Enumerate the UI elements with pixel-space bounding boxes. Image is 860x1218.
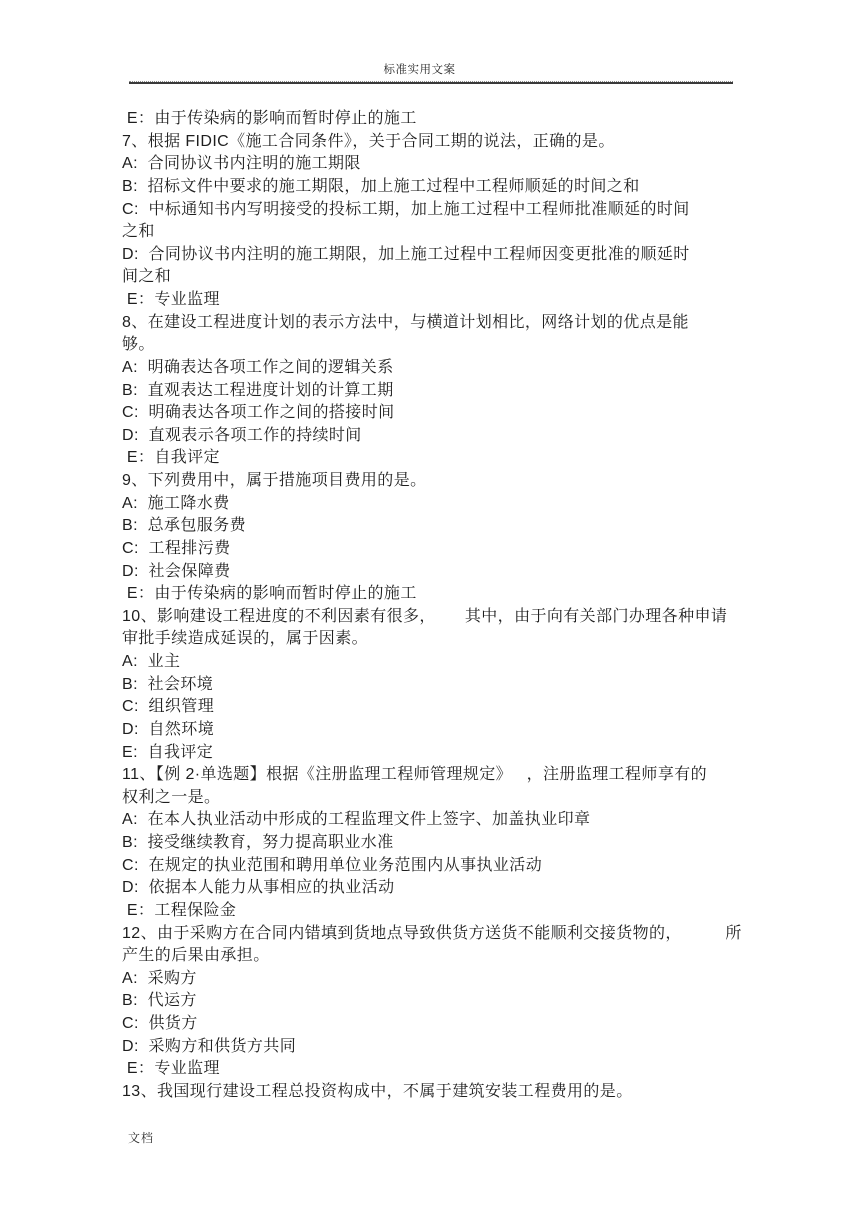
q11-option-b: B: 接受继续教育，努力提高职业水准 (122, 832, 744, 855)
q7-option-e: E：专业监理 (122, 289, 744, 312)
q11-stem: 11、【例 2·单选题】根据《注册监理工程师管理规定》 ，注册监理工程师享有的 (122, 764, 744, 787)
q10-stem: 10、影响建设工程进度的不利因素有很多， 其中，由于向有关部门办理各种申请 (122, 606, 744, 629)
q10-option-d: D: 自然环境 (122, 719, 744, 742)
q8-option-a: A: 明确表达各项工作之间的逻辑关系 (122, 357, 744, 380)
q11-stem-cont: 权利之一是。 (122, 787, 744, 810)
q8-stem: 8、在建设工程进度计划的表示方法中，与横道计划相比，网络计划的优点是能 (122, 312, 744, 335)
q7-option-b: B: 招标文件中要求的施工期限，加上施工过程中工程师顺延的时间之和 (122, 176, 744, 199)
q9-option-c: C: 工程排污费 (122, 538, 744, 561)
q10-stem-cont: 审批手续造成延误的，属于因素。 (122, 628, 744, 651)
q10-option-c: C: 组织管理 (122, 696, 744, 719)
q11-option-a: A: 在本人执业活动中形成的工程监理文件上签字、加盖执业印章 (122, 809, 744, 832)
q8-stem-cont: 够。 (122, 334, 744, 357)
q11-option-d: D: 依据本人能力从事相应的执业活动 (122, 877, 744, 900)
q8-option-c: C: 明确表达各项工作之间的搭接时间 (122, 402, 744, 425)
q12-stem-cont: 产生的后果由承担。 (122, 945, 744, 968)
q8-option-b: B: 直观表达工程进度计划的计算工期 (122, 380, 744, 403)
q9-option-b: B: 总承包服务费 (122, 515, 744, 538)
q10-option-b: B: 社会环境 (122, 674, 744, 697)
q7-option-c-cont: 之和 (122, 221, 744, 244)
q7-option-a: A: 合同协议书内注明的施工期限 (122, 153, 744, 176)
q7-option-d: D: 合同协议书内注明的施工期限，加上施工过程中工程师因变更批准的顺延时 (122, 244, 744, 267)
document-body: E：由于传染病的影响而暂时停止的施工 7、根据 FIDIC《施工合同条件》，关于… (122, 108, 744, 1104)
q9-option-d: D: 社会保障费 (122, 561, 744, 584)
q10-option-e: E: 自我评定 (122, 742, 744, 765)
q8-option-e: E：自我评定 (122, 447, 744, 470)
q12-option-a: A: 采购方 (122, 968, 744, 991)
q8-option-d: D: 直观表示各项工作的持续时间 (122, 425, 744, 448)
header-rule (129, 81, 733, 84)
q11-option-c: C: 在规定的执业范围和聘用单位业务范围内从事执业活动 (122, 855, 744, 878)
q12-option-b: B: 代运方 (122, 990, 744, 1013)
q12-option-d: D: 采购方和供货方共同 (122, 1036, 744, 1059)
q7-stem: 7、根据 FIDIC《施工合同条件》，关于合同工期的说法，正确的是。 (122, 131, 744, 154)
q9-option-a: A: 施工降水费 (122, 493, 744, 516)
page-header-title: 标准实用文案 (118, 61, 721, 77)
q10-option-a: A: 业主 (122, 651, 744, 674)
q9-option-e: E：由于传染病的影响而暂时停止的施工 (122, 583, 744, 606)
q12-option-e: E：专业监理 (122, 1058, 744, 1081)
document-page: 标准实用文案 E：由于传染病的影响而暂时停止的施工 7、根据 FIDIC《施工合… (0, 0, 860, 1218)
q7-option-c: C: 中标通知书内写明接受的投标工期，加上施工过程中工程师批准顺延的时间 (122, 199, 744, 222)
q11-option-e: E：工程保险金 (122, 900, 744, 923)
q9-stem: 9、下列费用中，属于措施项目费用的是。 (122, 470, 744, 493)
q13-stem: 13、我国现行建设工程总投资构成中，不属于建筑安装工程费用的是。 (122, 1081, 744, 1104)
q7-option-d-cont: 间之和 (122, 266, 744, 289)
q12-stem: 12、由于采购方在合同内错填到货地点导致供货方送货不能顺利交接货物的， 所 (122, 923, 744, 946)
page-footer-label: 文档 (128, 1129, 154, 1146)
q6-option-e: E：由于传染病的影响而暂时停止的施工 (122, 108, 744, 131)
q12-option-c: C: 供货方 (122, 1013, 744, 1036)
